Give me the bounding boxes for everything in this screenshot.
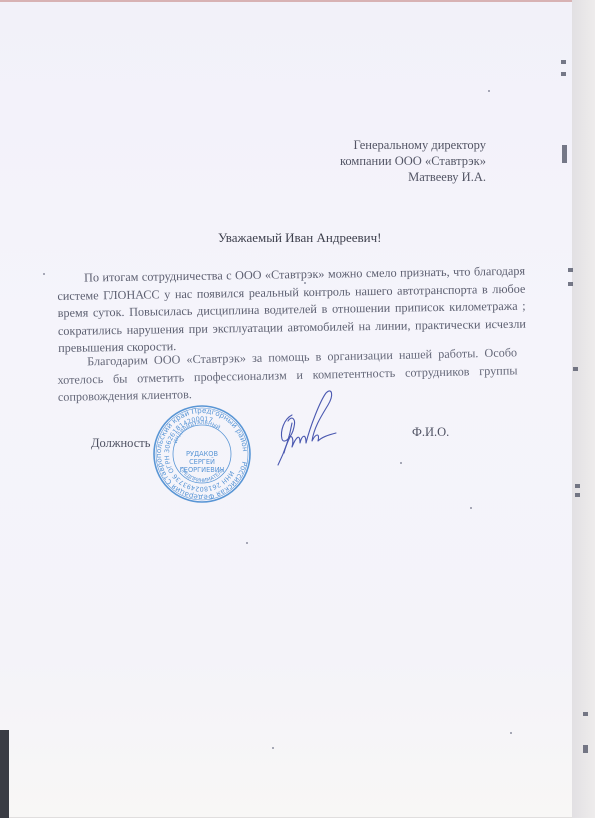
stamp-name-3: ГЕОРГИЕВИЧ <box>180 466 224 474</box>
stamp-name-1: РУДАКОВ <box>186 450 219 458</box>
addressee-title: Генеральному директору <box>340 137 486 153</box>
paragraph-results-text: По итогам сотрудничества с ООО «Ставтрэк… <box>57 264 526 355</box>
name-label: Ф.И.О. <box>412 423 449 441</box>
greeting: Уважаемый Иван Андреевич! <box>218 229 381 247</box>
position-label: Должность <box>91 434 150 452</box>
letter-page: Генеральному директору компании ООО «Ста… <box>0 0 572 817</box>
addressee-name: Матвееву И.А. <box>340 169 486 185</box>
scan-margin <box>572 0 595 818</box>
addressee-company: компании ООО «Ставтрэк» <box>340 153 486 169</box>
handwritten-signature <box>270 387 340 472</box>
stamp-name-2: СЕРГЕЙ <box>189 457 215 466</box>
paragraph-results: По итогам сотрудничества с ООО «Ставтрэк… <box>57 263 526 358</box>
company-stamp: Российская Федерация Ставропольский край… <box>152 404 252 504</box>
addressee-block: Генеральному директору компании ООО «Ста… <box>340 137 486 185</box>
scan-edge-shadow <box>0 730 9 818</box>
